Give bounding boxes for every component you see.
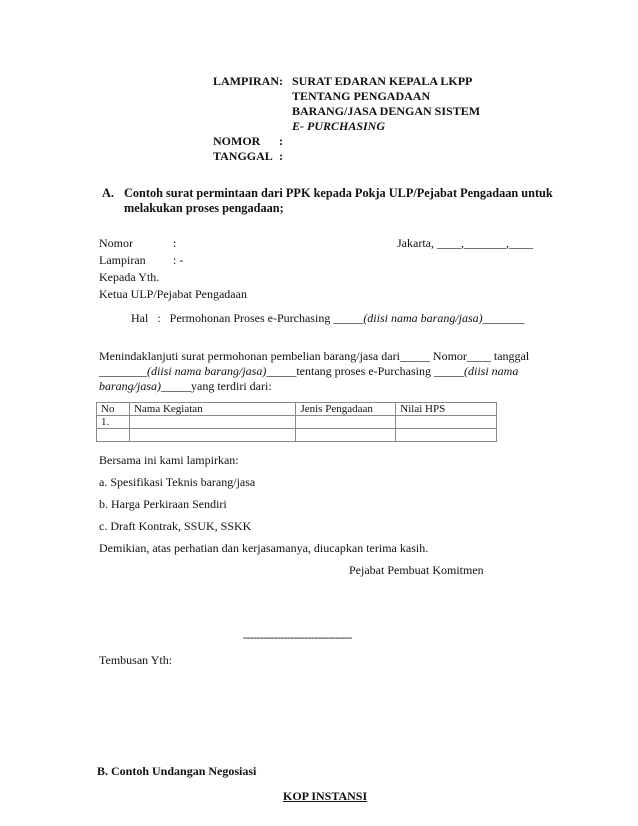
lampiran-line-3: BARANG/JASA DENGAN SISTEM [292,104,480,119]
section-a-title-line-1: Contoh surat permintaan dari PPK kepada … [124,186,553,201]
header-nama-kegiatan: Nama Kegiatan [129,403,296,416]
hal-colon: : [157,311,160,325]
attachments-intro: Bersama ini kami lampirkan: [99,453,239,468]
lampiran-line-2: TENTANG PENGADAAN [292,89,430,104]
section-a-marker: A. [102,186,114,201]
body-line-1: Menindaklanjuti surat permohonan pembeli… [99,349,529,364]
tanggal-label: TANGGAL [213,149,273,164]
cell [396,429,497,442]
cell [296,429,396,442]
lampiran-line-4: E- PURCHASING [292,119,385,134]
cell [296,416,396,429]
nomor-value: : [173,236,176,251]
signature-line: -------------------------------- [243,630,352,645]
cell [129,416,296,429]
table-row: 1. [97,416,497,429]
cell [129,429,296,442]
body-line-3: barang/jasa)_____yang terdiri dari: [99,379,272,394]
header-jenis-pengadaan: Jenis Pengadaan [296,403,396,416]
nomor-colon: : [279,134,283,149]
nomor-label: NOMOR [213,134,260,149]
placeholder-item-2-cont: barang/jasa) [99,379,161,393]
closing-sentence: Demikian, atas perhatian dan kerjasamany… [99,541,428,556]
nomor-label: Nomor [99,236,133,251]
body-text-2: _____tentang proses e-Purchasing _____ [266,364,464,378]
table-header-row: No Nama Kegiatan Jenis Pengadaan Nilai H… [97,403,497,416]
tanggal-colon: : [279,149,283,164]
procurement-table: No Nama Kegiatan Jenis Pengadaan Nilai H… [96,402,497,442]
cell [97,429,130,442]
placeholder-item-2: (diisi nama [464,364,518,378]
attachment-header: LAMPIRAN: SURAT EDARAN KEPALA LKPP TENTA… [213,74,533,164]
attachment-item: b. Harga Perkiraan Sendiri [99,497,227,512]
attachment-item: c. Draft Kontrak, SSUK, SSKK [99,519,251,534]
cell [396,416,497,429]
recipient: Ketua ULP/Pejabat Pengadaan [99,287,247,302]
kop-instansi: KOP INSTANSI [283,789,367,804]
body-text-1: Menindaklanjuti surat permohonan pembeli… [99,349,529,363]
header-nilai-hps: Nilai HPS [396,403,497,416]
placeholder-item: (diisi nama barang/jasa) [147,364,266,378]
place-date: Jakarta, ____,_______,____ [397,236,533,251]
lampiran-label: LAMPIRAN: [213,74,283,89]
table-row [97,429,497,442]
section-a-title-line-2: melakukan proses pengadaan; [124,201,284,216]
section-b-heading: B. Contoh Undangan Negosiasi [97,764,256,779]
body-line-2: ________(diisi nama barang/jasa)_____ten… [99,364,518,379]
cell: 1. [97,416,130,429]
kepada-label: Kepada Yth. [99,270,159,285]
lampiran-value: : - [173,253,183,268]
section-a-heading: A. Contoh surat permintaan dari PPK kepa… [102,186,562,218]
cc-label: Tembusan Yth: [99,653,172,668]
lampiran-line-1: SURAT EDARAN KEPALA LKPP [292,74,472,89]
lampiran-label: Lampiran [99,253,146,268]
signer-title: Pejabat Pembuat Komitmen [349,563,484,578]
body-text-3: _____yang terdiri dari: [161,379,272,393]
hal-blank: _______ [483,311,525,325]
attachment-item: a. Spesifikasi Teknis barang/jasa [99,475,255,490]
hal-label: Hal [131,311,148,325]
header-no: No [97,403,130,416]
subject-line: Hal : Permohonan Proses e-Purchasing ___… [131,311,525,326]
blank: ________ [99,364,147,378]
hal-placeholder: (diisi nama barang/jasa) [363,311,482,325]
hal-text: Permohonan Proses e-Purchasing _____ [170,311,364,325]
